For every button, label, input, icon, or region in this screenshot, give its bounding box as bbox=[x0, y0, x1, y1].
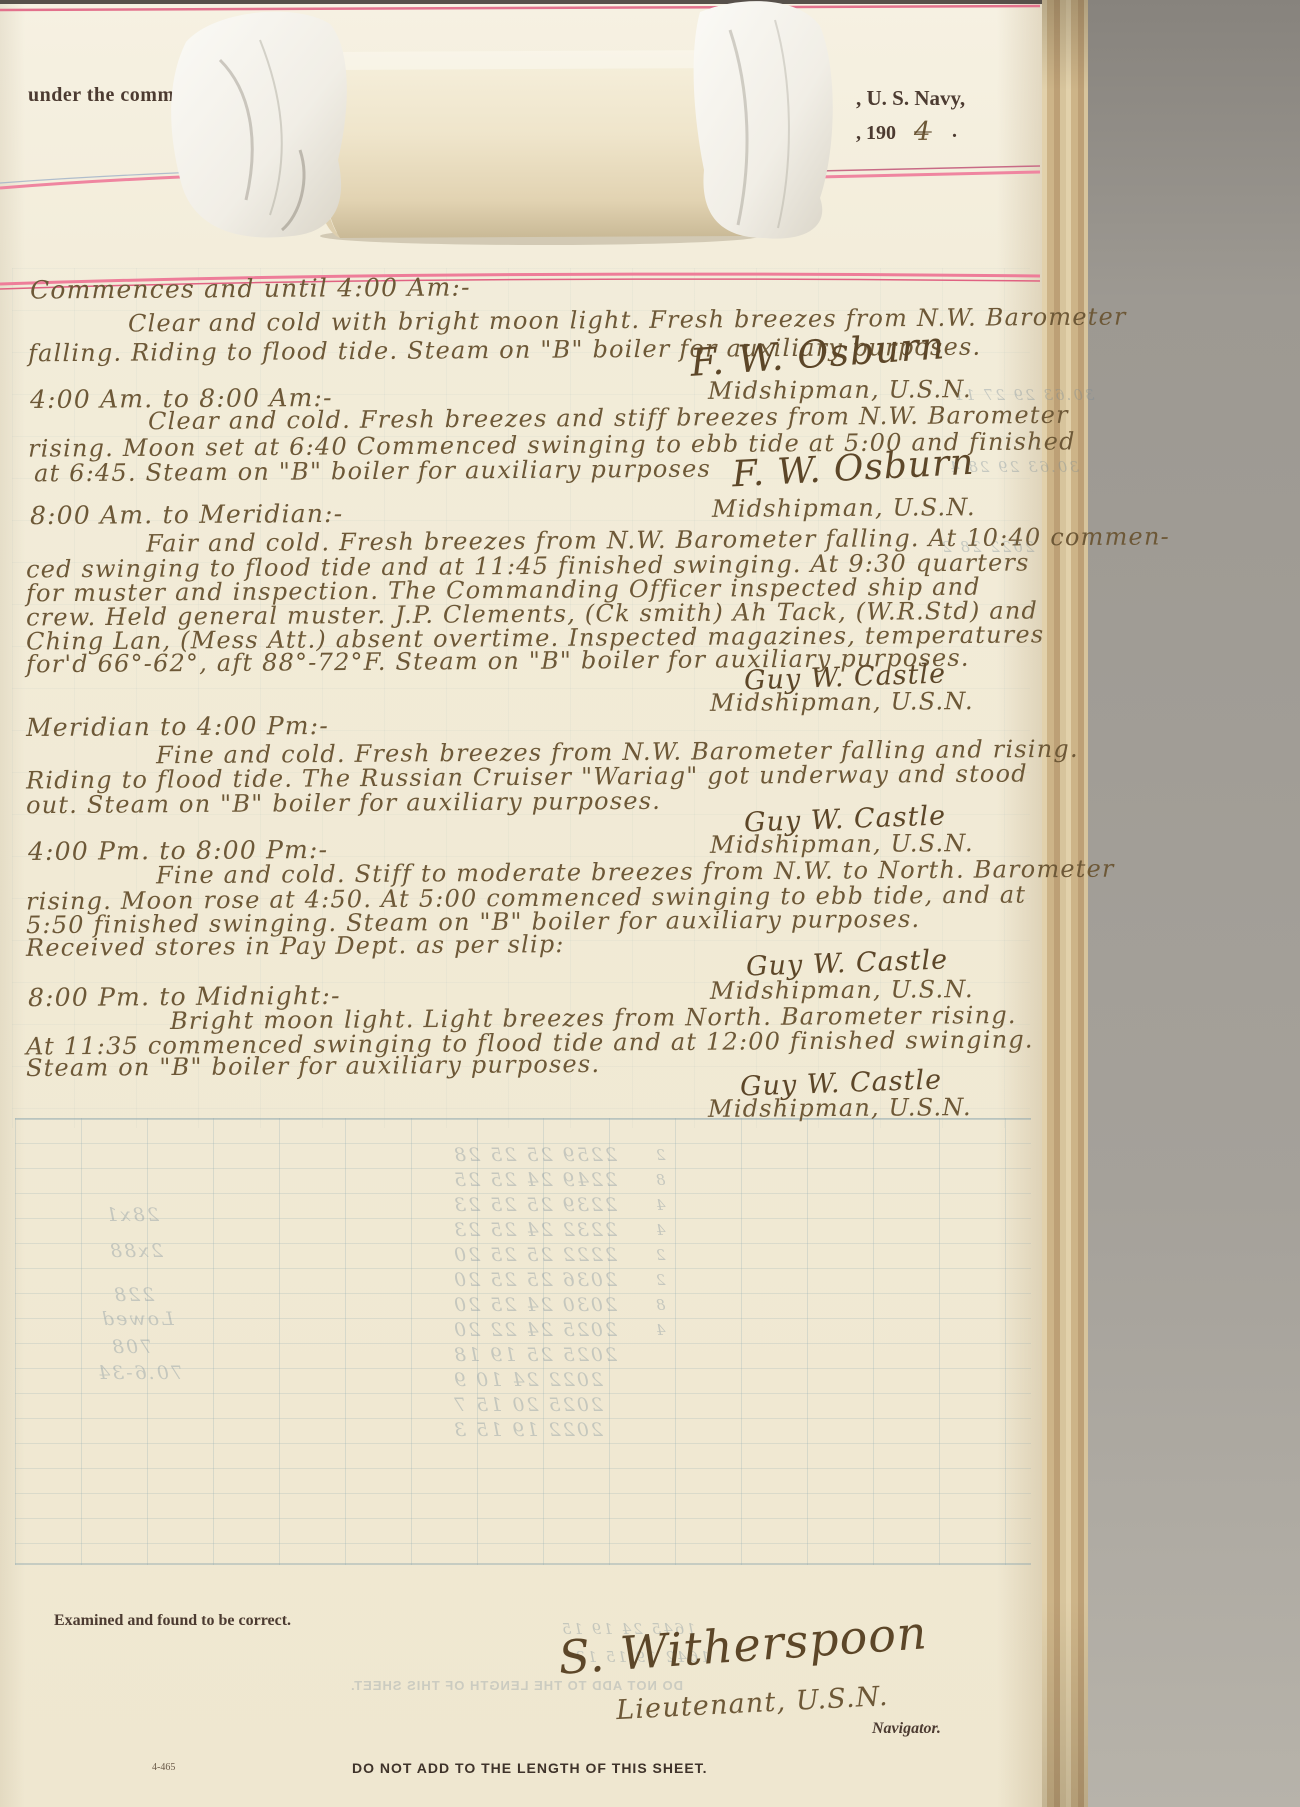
bleed-through-mark: 708 bbox=[110, 1336, 152, 1358]
bleed-through-digit: 8 bbox=[654, 1171, 666, 1189]
signature-title: Midshipman, U.S.N. bbox=[710, 975, 974, 1005]
bleed-through-digit: 4 bbox=[654, 1196, 666, 1214]
paper-roll-highlight bbox=[340, 50, 748, 70]
bleed-through-row: 2030 24 25 20 bbox=[452, 1294, 617, 1316]
watch-heading: Meridian to 4:00 Pm:- bbox=[26, 711, 329, 742]
bleed-through-digit: 2 bbox=[654, 1246, 666, 1264]
bleed-through-digit: 2 bbox=[654, 1146, 666, 1164]
logbook-scan: under the comman , U. S. Navy, , 190 4 .… bbox=[0, 0, 1300, 1807]
bleed-through-row: 2222 25 25 20 bbox=[452, 1244, 617, 1266]
cloth-weight-left bbox=[171, 12, 347, 238]
navigator-label: Navigator. bbox=[872, 1720, 941, 1738]
bleed-through-digit: 2 bbox=[654, 1271, 666, 1289]
archival-weight bbox=[0, 0, 1050, 250]
bleed-through-mark: 70.6-34 bbox=[96, 1362, 183, 1384]
signature-title: Midshipman, U.S.N. bbox=[710, 829, 974, 859]
bleed-table-border bbox=[15, 1563, 1031, 1565]
bleed-through-mark: 28x1 bbox=[104, 1204, 159, 1226]
length-warning-bleed-mirror: DO NOT ADD TO THE LENGTH OF THIS SHEET. bbox=[350, 1678, 683, 1693]
log-line: at 6:45. Steam on "B" boiler for auxilia… bbox=[34, 455, 711, 488]
signature-title: Midshipman, U.S.N. bbox=[708, 375, 972, 405]
bleed-through-row: 2025 20 15 7 bbox=[452, 1394, 603, 1416]
bleed-through-mark: 2x88 bbox=[108, 1240, 163, 1262]
log-line: Received stores in Pay Dept. as per slip… bbox=[26, 930, 565, 962]
bleed-through-row: 2022 24 10 9 bbox=[452, 1369, 603, 1391]
bleed-through-mark: 228 bbox=[112, 1284, 154, 1306]
bleed-through-row: 2249 24 25 25 bbox=[452, 1169, 617, 1191]
bleed-through-digit: 4 bbox=[654, 1221, 666, 1239]
watch-heading: 8:00 Am. to Meridian:- bbox=[30, 499, 344, 530]
table-backdrop bbox=[1088, 0, 1300, 1807]
log-line: out. Steam on "B" boiler for auxiliary p… bbox=[26, 787, 661, 819]
bleed-through-row: 2239 25 25 23 bbox=[452, 1194, 617, 1216]
length-warning: DO NOT ADD TO THE LENGTH OF THIS SHEET. bbox=[352, 1760, 708, 1776]
watch-heading: Commences and until 4:00 Am:- bbox=[30, 272, 471, 304]
examined-statement: Examined and found to be correct. bbox=[54, 1612, 291, 1630]
log-line: Steam on "B" boiler for auxiliary purpos… bbox=[26, 1050, 600, 1082]
paper-roll bbox=[320, 50, 748, 238]
form-number: 4-465 bbox=[152, 1762, 175, 1773]
bleed-through-row: 2022 19 15 3 bbox=[452, 1419, 603, 1441]
bleed-through-digit: 8 bbox=[654, 1296, 666, 1314]
bleed-through-row: 2025 24 22 20 bbox=[452, 1319, 617, 1341]
signature-title: Midshipman, U.S.N. bbox=[712, 493, 976, 523]
bleed-through-row: 2232 24 25 23 bbox=[452, 1219, 617, 1241]
bleed-through-row: 2036 25 25 20 bbox=[452, 1269, 617, 1291]
bleed-through-mark: Lowed bbox=[100, 1308, 174, 1330]
bleed-through-digit: 4 bbox=[654, 1321, 666, 1339]
signature-title: Midshipman, U.S.N. bbox=[708, 1093, 972, 1123]
bleed-through-row: 2259 25 25 28 bbox=[452, 1144, 617, 1166]
bleed-through-row: 2025 25 19 18 bbox=[452, 1344, 617, 1366]
cloth-weight-right bbox=[694, 1, 833, 239]
signature-title: Midshipman, U.S.N. bbox=[710, 687, 974, 717]
page-stack-shading bbox=[1042, 0, 1088, 1807]
